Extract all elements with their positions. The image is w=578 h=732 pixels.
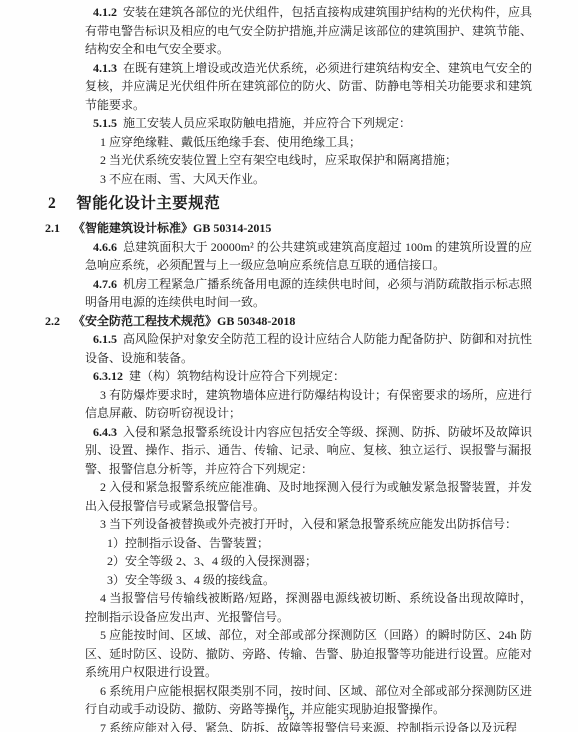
clause-paragraph: 5.1.5施工安装人员应采取防触电措施，并应符合下列规定： xyxy=(85,114,532,133)
clause-number: 6.1.5 xyxy=(93,332,123,346)
block-text: 2 入侵和紧急报警系统应能准确、及时地探测入侵行为或触发紧急报警装置，并发出入侵… xyxy=(85,480,532,513)
block-text: 《安全防范工程技术规范》GB 50348-2018 xyxy=(73,314,295,328)
clause-number: 4.6.6 xyxy=(93,240,123,254)
clause-paragraph: 6.3.12建（构）筑物结构设计应符合下列规定： xyxy=(85,367,532,386)
block-text: 3 不应在雨、雪、大风天作业。 xyxy=(100,172,265,186)
clause-paragraph: 6.4.3入侵和紧急报警系统设计内容应包括安全等级、探测、防拆、防破坏及故障识别… xyxy=(85,423,532,479)
clause-paragraph: 6.1.5高风险保护对象安全防范工程的设计应结合人防能力配备防护、防御和对抗性设… xyxy=(85,330,532,367)
clause-number: 4.1.2 xyxy=(93,5,123,19)
block-text: 《智能建筑设计标准》GB 50314-2015 xyxy=(73,221,271,235)
clause-paragraph: 4.1.3在既有建筑上增设或改造光伏系统，必须进行建筑结构安全、建筑电气安全的复… xyxy=(85,59,532,115)
list-item: 1 应穿绝缘鞋、戴低压绝缘手套、使用绝缘工具； xyxy=(85,133,532,152)
block-text: 1 应穿绝缘鞋、戴低压绝缘手套、使用绝缘工具； xyxy=(100,135,361,149)
block-text: 智能化设计主要规范 xyxy=(76,195,220,212)
block-text: 5 应能按时间、区域、部位，对全部或部分探测防区（回路）的瞬时防区、24h 防区… xyxy=(85,628,532,679)
list-item: 3 当下列设备被替换或外壳被打开时，入侵和紧急报警系统应能发出防拆信号： xyxy=(85,515,532,534)
block-text: 施工安装人员应采取防触电措施，并应符合下列规定： xyxy=(123,116,411,130)
heading-number: 2.1 xyxy=(45,221,73,235)
block-text: 总建筑面积大于 20000m² 的公共建筑或建筑高度超过 100m 的建筑所设置… xyxy=(85,240,532,273)
subsection-heading: 2.1《智能建筑设计标准》GB 50314-2015 xyxy=(45,219,532,238)
block-text: 安装在建筑各部位的光伏组件，包括直接构成建筑围护结构的光伏构件，应具有带电警告标… xyxy=(85,5,532,56)
block-text: 4 当报警信号传输线被断路/短路，探测器电源线被切断、系统设备出现故障时，控制指… xyxy=(85,591,532,624)
clause-number: 6.4.3 xyxy=(93,425,123,439)
block-text: 2）安全等级 2、3、4 级的入侵探测器； xyxy=(107,554,317,568)
clause-paragraph: 4.6.6总建筑面积大于 20000m² 的公共建筑或建筑高度超过 100m 的… xyxy=(85,238,532,275)
block-text: 1）控制指示设备、告警装置； xyxy=(107,536,269,550)
sub-list-item: 3）安全等级 3、4 级的接线盒。 xyxy=(85,571,532,590)
sub-list-item: 1）控制指示设备、告警装置； xyxy=(85,534,532,553)
block-text: 在既有建筑上增设或改造光伏系统，必须进行建筑结构安全、建筑电气安全的复核，并应满… xyxy=(85,61,532,112)
list-item: 3 有防爆炸要求时，建筑物墙体应进行防爆结构设计；有保密要求的场所，应进行信息屏… xyxy=(85,386,532,423)
list-item: 4 当报警信号传输线被断路/短路，探测器电源线被切断、系统设备出现故障时，控制指… xyxy=(85,589,532,626)
heading-number: 2.2 xyxy=(45,314,73,328)
subsection-heading: 2.2《安全防范工程技术规范》GB 50348-2018 xyxy=(45,312,532,331)
block-text: 3 当下列设备被替换或外壳被打开时，入侵和紧急报警系统应能发出防拆信号： xyxy=(100,517,517,531)
block-text: 2 当光伏系统安装位置上空有架空电线时，应采取保护和隔离措施； xyxy=(100,153,457,167)
clause-number: 6.3.12 xyxy=(93,369,129,383)
block-text: 建（构）筑物结构设计应符合下列规定： xyxy=(129,369,345,383)
list-item: 3 不应在雨、雪、大风天作业。 xyxy=(85,170,532,189)
list-item: 5 应能按时间、区域、部位，对全部或部分探测防区（回路）的瞬时防区、24h 防区… xyxy=(85,626,532,682)
heading-number: 2 xyxy=(48,195,76,212)
block-text: 入侵和紧急报警系统设计内容应包括安全等级、探测、防拆、防破坏及故障识别、设置、操… xyxy=(85,425,532,476)
clause-paragraph: 4.1.2安装在建筑各部位的光伏组件，包括直接构成建筑围护结构的光伏构件，应具有… xyxy=(85,3,532,59)
clause-number: 4.1.3 xyxy=(93,61,123,75)
document-page: 4.1.2安装在建筑各部位的光伏组件，包括直接构成建筑围护结构的光伏构件，应具有… xyxy=(0,0,578,732)
list-item: 2 当光伏系统安装位置上空有架空电线时，应采取保护和隔离措施； xyxy=(85,151,532,170)
block-text: 机房工程紧急广播系统备用电源的连续供电时间，必须与消防疏散指示标志照明备用电源的… xyxy=(85,277,532,310)
clause-number: 5.1.5 xyxy=(93,116,123,130)
block-text: 高风险保护对象安全防范工程的设计应结合人防能力配备防护、防御和对抗性设备、设施和… xyxy=(85,332,532,365)
sub-list-item: 2）安全等级 2、3、4 级的入侵探测器； xyxy=(85,552,532,571)
clause-paragraph: 4.7.6机房工程紧急广播系统备用电源的连续供电时间，必须与消防疏散指示标志照明… xyxy=(85,275,532,312)
block-text: 3 有防爆炸要求时，建筑物墙体应进行防爆结构设计；有保密要求的场所，应进行信息屏… xyxy=(85,388,532,421)
list-item: 2 入侵和紧急报警系统应能准确、及时地探测入侵行为或触发紧急报警装置，并发出入侵… xyxy=(85,478,532,515)
page-number: 37 xyxy=(0,711,578,723)
block-text: 3）安全等级 3、4 级的接线盒。 xyxy=(107,573,275,587)
document-body: 4.1.2安装在建筑各部位的光伏组件，包括直接构成建筑围护结构的光伏构件，应具有… xyxy=(85,3,532,732)
clause-number: 4.7.6 xyxy=(93,277,123,291)
section-heading: 2智能化设计主要规范 xyxy=(48,193,532,215)
